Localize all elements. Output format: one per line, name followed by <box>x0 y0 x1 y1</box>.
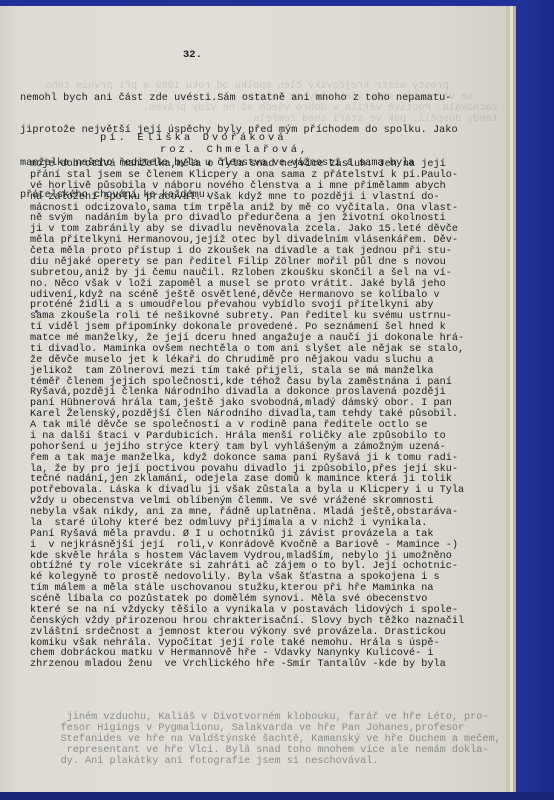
faded-paragraph: jiném vzduchu, Kaliáš v Divotvorném klob… <box>30 713 510 767</box>
text-line: na založení spolku pracoval. Však když m… <box>30 193 510 204</box>
text-line <box>50 28 510 39</box>
page-number: 32. <box>183 49 202 61</box>
text-line: zvláštní srdečnost a jemnost kterou výko… <box>30 628 510 639</box>
text-line: no. Něco však v loži zapoměl a musel se … <box>30 280 510 291</box>
text-line: nemohl bych ani část zde uvésti.Sám osta… <box>20 94 500 105</box>
text-line <box>50 60 510 71</box>
text-line: řem a tak maje manželka, když dokonce sa… <box>30 454 510 465</box>
text-line <box>50 6 510 17</box>
ink-spot <box>105 192 108 195</box>
text-line: čenských vždy přirozenou hrou chrakteris… <box>30 617 510 628</box>
typewritten-page: prostý mistr krejčovský člen spolku od r… <box>0 6 508 794</box>
text-line: Stefanides ve hře na Valdštýnské šachtě,… <box>30 735 510 746</box>
section-heading-name: pí. Eliška Dvořáková <box>100 132 287 144</box>
text-line: i v nejkrásnější její roli,v Konrádově K… <box>30 541 510 552</box>
text-line: representant ve hře Vlci. Bylâ snad toho… <box>30 746 510 757</box>
ink-spot <box>35 310 38 313</box>
text-line: dy. Ani plakátky ani fotografie jsem si … <box>30 757 510 768</box>
section-heading-maiden-name: roz. Chmelařová, <box>160 144 309 156</box>
text-line: zhrzenou mladou ženu ve Vrchlického hře … <box>30 660 510 671</box>
text-line <box>50 17 510 28</box>
text-line: subretou,aniž by ji čemu naučil. Rzloben… <box>30 269 510 280</box>
text-line <box>50 39 510 50</box>
text-line <box>50 50 510 61</box>
scan-frame-right <box>516 0 554 800</box>
text-line: pohoršení u jejího strýce který tam byl … <box>30 443 510 454</box>
body-paragraph: moje dobrotivá manželka,měla o Tyla snad… <box>30 160 510 671</box>
scan-frame-bottom <box>0 792 554 800</box>
text-line: jelikož tam Zölnerovi mezi tím také přij… <box>30 367 510 378</box>
text-line: že děvče muselo jet k lékaři do Chrudimě… <box>30 356 510 367</box>
text-line: Paní Ryšavá měla pravdu. Ø I u ochotníků… <box>30 530 510 541</box>
text-line: vé horlivě působila v náboru nového člen… <box>30 182 510 193</box>
